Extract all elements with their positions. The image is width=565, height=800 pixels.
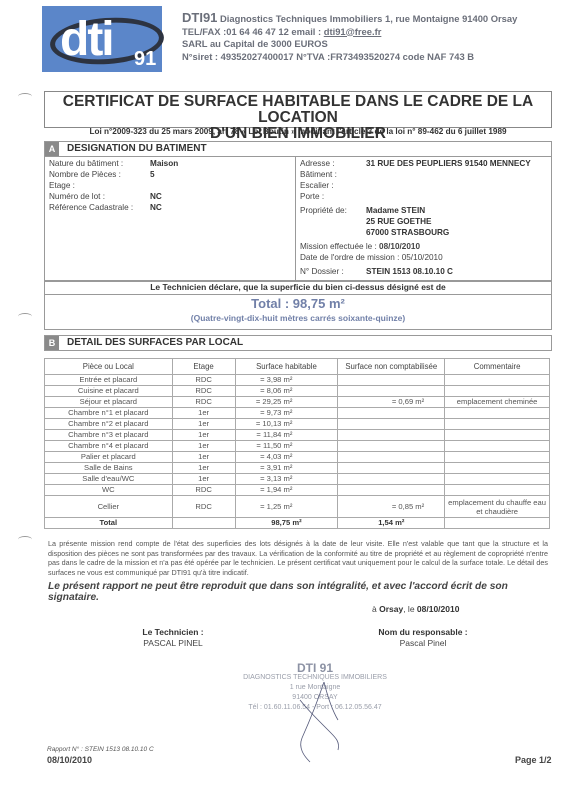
cell-etage: 1er: [172, 408, 235, 419]
column-header-surface-habitable: Surface habitable: [235, 359, 338, 375]
company-info: DTI91 Diagnostics Techniques Immobiliers…: [182, 12, 517, 63]
cell-etage: 1er: [172, 452, 235, 463]
table-row: Salle de Bains1er= 3,91 m²: [45, 463, 550, 474]
section-b-header: B DETAIL DES SURFACES PAR LOCAL: [44, 335, 552, 351]
table-total-row: Total98,75 m²1,54 m²: [45, 518, 550, 529]
table-row: Salle d'eau/WC1er= 3,13 m²: [45, 474, 550, 485]
cell-surface-habitable: = 3,13 m²: [235, 474, 338, 485]
column-header-etage: Etage: [172, 359, 235, 375]
cell-surface-habitable: = 10,13 m²: [235, 419, 338, 430]
building-designation: Nature du bâtiment :Maison Nombre de Piè…: [44, 156, 552, 281]
column-header-surface-non-comptabilisee: Surface non comptabilisée: [338, 359, 445, 375]
cell-piece: Chambre n°1 et placard: [45, 408, 173, 419]
total-surface-words: (Quatre-vingt-dix-huit mètres carrés soi…: [45, 313, 551, 323]
company-name: DTI91: [182, 10, 217, 25]
total-cell-etage: [172, 518, 235, 529]
section-a-letter: A: [45, 142, 59, 156]
cell-etage: RDC: [172, 386, 235, 397]
company-description: Diagnostics Techniques Immobiliers 1, ru…: [217, 13, 517, 24]
cell-surface-non-comptabilisee: [338, 419, 445, 430]
footer-report-ref: Rapport N° : STEIN 1513 08.10.10 C: [47, 746, 154, 753]
company-telfax: TEL/FAX :01 64 46 47 12 email :: [182, 26, 324, 37]
technician-label: Le Technicien :: [142, 627, 203, 637]
cell-surface-non-comptabilisee: [338, 474, 445, 485]
cell-piece: Séjour et placard: [45, 397, 173, 408]
field-dossier: N° Dossier :STEIN 1513 08.10.10 C: [300, 267, 344, 276]
field-batiment: Bâtiment :: [300, 170, 337, 179]
field-adresse: Adresse :31 RUE DES PEUPLIERS 91540 MENN…: [300, 159, 335, 168]
column-divider: [295, 156, 296, 280]
table-row: Entrée et placardRDC= 3,98 m²: [45, 375, 550, 386]
cell-surface-non-comptabilisee: = 0,85 m²: [338, 496, 445, 518]
handwritten-signature: [280, 680, 360, 765]
cell-etage: RDC: [172, 485, 235, 496]
table-header-row: Pièce ou Local Etage Surface habitable S…: [45, 359, 550, 375]
cell-surface-habitable: = 1,25 m²: [235, 496, 338, 518]
cell-surface-non-comptabilisee: [338, 386, 445, 397]
total-cell-piece: Total: [45, 518, 173, 529]
reproduction-warning: Le présent rapport ne peut être reprodui…: [48, 581, 548, 603]
cell-commentaire: [445, 408, 550, 419]
total-surface-box: Total : 98,75 m² (Quatre-vingt-dix-huit …: [44, 294, 552, 330]
cell-commentaire: [445, 452, 550, 463]
cell-piece: Chambre n°3 et placard: [45, 430, 173, 441]
cell-surface-non-comptabilisee: [338, 463, 445, 474]
cell-commentaire: [445, 485, 550, 496]
cell-surface-habitable: = 4,03 m²: [235, 452, 338, 463]
technician-declaration: Le Technicien déclare, que la superficie…: [44, 281, 552, 295]
cell-surface-non-comptabilisee: [338, 430, 445, 441]
table-row: Séjour et placardRDC= 29,25 m²= 0,69 m²e…: [45, 397, 550, 408]
section-b-letter: B: [45, 336, 59, 350]
cell-surface-non-comptabilisee: [338, 441, 445, 452]
cell-commentaire: emplacement du chauffe eau et chaudière: [445, 496, 550, 518]
cell-surface-habitable: = 29,25 m²: [235, 397, 338, 408]
title-line-1: CERTIFICAT DE SURFACE HABITABLE DANS LE …: [45, 94, 551, 126]
cell-surface-non-comptabilisee: [338, 452, 445, 463]
cell-surface-non-comptabilisee: [338, 375, 445, 386]
cell-surface-habitable: = 11,50 m²: [235, 441, 338, 452]
cell-etage: 1er: [172, 474, 235, 485]
table-row: CellierRDC= 1,25 m²= 0,85 m²emplacement …: [45, 496, 550, 518]
document-title: CERTIFICAT DE SURFACE HABITABLE DANS LE …: [44, 91, 552, 128]
technician-signature-block: Le Technicien : PASCAL PINEL: [118, 627, 228, 649]
field-escalier: Escalier :: [300, 181, 334, 190]
footer-date: 08/10/2010: [47, 755, 92, 765]
cell-piece: Palier et placard: [45, 452, 173, 463]
field-nature: Nature du bâtiment :Maison: [49, 159, 123, 168]
field-ordre-mission: Date de l'ordre de mission : 05/10/2010: [300, 253, 443, 262]
cell-commentaire: [445, 441, 550, 452]
table-row: Chambre n°4 et placard1er= 11,50 m²: [45, 441, 550, 452]
cell-commentaire: [445, 375, 550, 386]
cell-piece: Chambre n°4 et placard: [45, 441, 173, 452]
total-cell-commentaire: [445, 518, 550, 529]
owner-city: 67000 STRASBOURG: [366, 228, 449, 237]
punch-hole-mark: [18, 93, 32, 100]
cell-surface-non-comptabilisee: [338, 408, 445, 419]
table-row: Chambre n°2 et placard1er= 10,13 m²: [45, 419, 550, 430]
cell-surface-habitable: = 3,91 m²: [235, 463, 338, 474]
punch-hole-mark: [18, 536, 32, 543]
cell-commentaire: [445, 474, 550, 485]
cell-commentaire: [445, 386, 550, 397]
owner-name: Madame STEIN: [366, 206, 425, 215]
cell-piece: Salle de Bains: [45, 463, 173, 474]
cell-surface-non-comptabilisee: = 0,69 m²: [338, 397, 445, 408]
table-row: WCRDC= 1,94 m²: [45, 485, 550, 496]
field-proprietaire: Propriété de: Madame STEIN 25 RUE GOETHE…: [300, 206, 347, 215]
cell-piece: Salle d'eau/WC: [45, 474, 173, 485]
legal-notice: La présente mission rend compte de l'éta…: [48, 539, 548, 577]
cell-piece: Cellier: [45, 496, 173, 518]
table-row: Palier et placard1er= 4,03 m²: [45, 452, 550, 463]
total-cell-surface-habitable: 98,75 m²: [235, 518, 338, 529]
cell-commentaire: [445, 463, 550, 474]
punch-hole-mark: [18, 313, 32, 320]
total-cell-surface-non-comptabilisee: 1,54 m²: [338, 518, 445, 529]
cell-piece: Cuisine et placard: [45, 386, 173, 397]
table-row: Chambre n°3 et placard1er= 11,84 m²: [45, 430, 550, 441]
logo-text: dti: [60, 12, 113, 67]
section-a-title: DESIGNATION DU BATIMENT: [67, 143, 207, 154]
section-a-header: A DESIGNATION DU BATIMENT: [44, 141, 552, 157]
cell-commentaire: emplacement cheminée: [445, 397, 550, 408]
field-pieces: Nombre de Pièces :5: [49, 170, 121, 179]
cell-etage: RDC: [172, 375, 235, 386]
cell-etage: RDC: [172, 496, 235, 518]
cell-surface-habitable: = 9,73 m²: [235, 408, 338, 419]
owner-street: 25 RUE GOETHE: [366, 217, 432, 226]
responsible-signature-block: Nom du responsable : Pascal Pinel: [358, 627, 488, 649]
law-reference: Loi n°2009-323 du 25 mars 2009, art 78 «…: [44, 127, 552, 136]
table-row: Cuisine et placardRDC= 8,06 m²: [45, 386, 550, 397]
company-email-link[interactable]: dti91@free.fr: [324, 26, 382, 37]
column-header-piece: Pièce ou Local: [45, 359, 173, 375]
cell-commentaire: [445, 419, 550, 430]
cell-etage: RDC: [172, 397, 235, 408]
cell-surface-non-comptabilisee: [338, 485, 445, 496]
company-logo: dti 91: [42, 6, 162, 72]
field-numero-lot: Numéro de lot :NC: [49, 192, 105, 201]
cell-etage: 1er: [172, 419, 235, 430]
company-capital: SARL au Capital de 3000 EUROS: [182, 38, 517, 51]
cell-piece: Chambre n°2 et placard: [45, 419, 173, 430]
cell-etage: 1er: [172, 430, 235, 441]
surfaces-table: Pièce ou Local Etage Surface habitable S…: [44, 358, 550, 529]
company-siret: N°siret : 49352027400017 N°TVA :FR734935…: [182, 51, 517, 64]
cell-piece: Entrée et placard: [45, 375, 173, 386]
cell-commentaire: [445, 430, 550, 441]
section-b-title: DETAIL DES SURFACES PAR LOCAL: [67, 337, 243, 348]
signature-place-date: à Orsay, le 08/10/2010: [372, 604, 459, 614]
field-etage: Etage :: [49, 181, 75, 190]
cell-surface-habitable: = 11,84 m²: [235, 430, 338, 441]
cell-etage: 1er: [172, 441, 235, 452]
field-porte: Porte :: [300, 192, 324, 201]
cell-surface-habitable: = 8,06 m²: [235, 386, 338, 397]
total-surface: Total : 98,75 m²: [45, 296, 551, 311]
cell-surface-habitable: = 3,98 m²: [235, 375, 338, 386]
cell-surface-habitable: = 1,94 m²: [235, 485, 338, 496]
cell-etage: 1er: [172, 463, 235, 474]
logo-number: 91: [134, 48, 156, 71]
cell-piece: WC: [45, 485, 173, 496]
footer-page-number: Page 1/2: [515, 755, 552, 765]
table-row: Chambre n°1 et placard1er= 9,73 m²: [45, 408, 550, 419]
column-header-commentaire: Commentaire: [445, 359, 550, 375]
responsible-name: Pascal Pinel: [400, 638, 447, 648]
responsible-label: Nom du responsable :: [378, 627, 467, 637]
field-mission-date: Mission effectuée le : 08/10/2010: [300, 242, 420, 251]
field-cadastrale: Référence Cadastrale :NC: [49, 203, 133, 212]
technician-name: PASCAL PINEL: [143, 638, 203, 648]
